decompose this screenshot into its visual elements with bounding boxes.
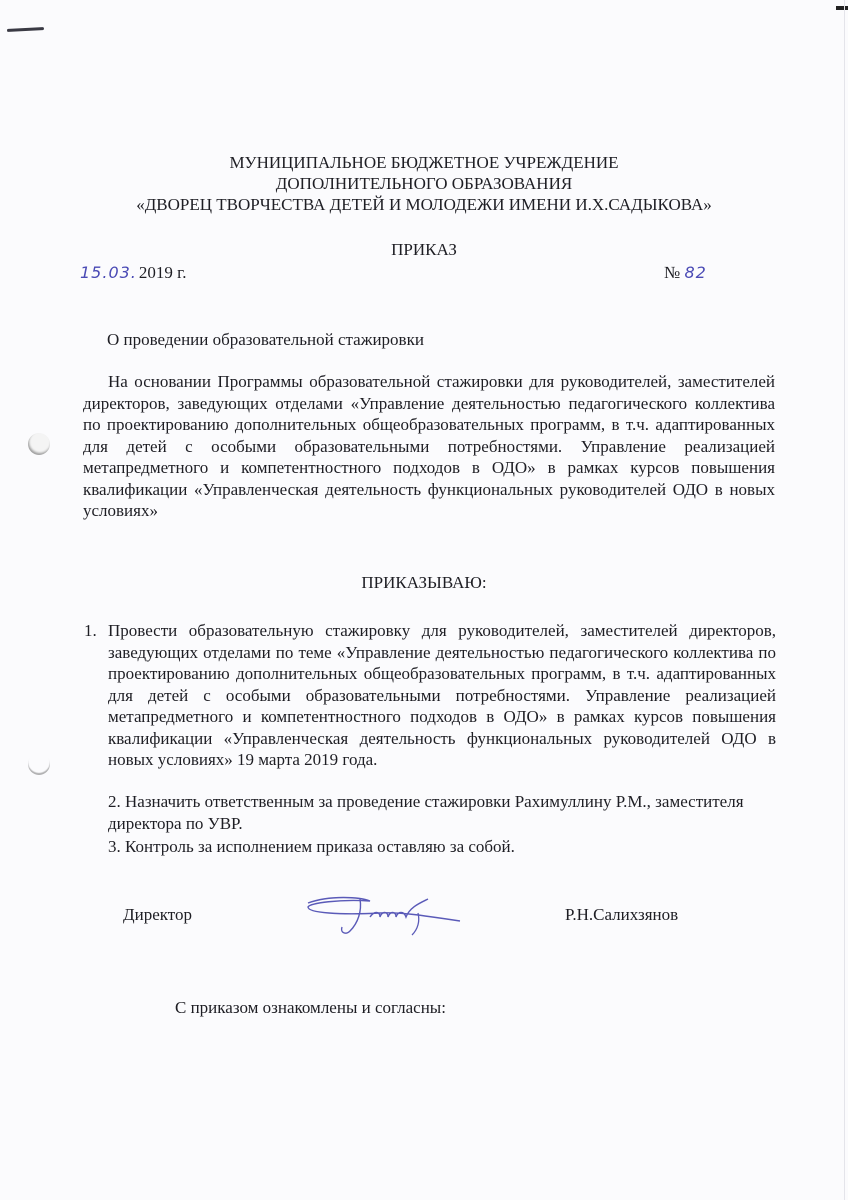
scan-mark-right (836, 6, 848, 10)
scan-mark (7, 27, 44, 32)
handwritten-number: 82 (684, 263, 706, 282)
order-item-3: 3. Контроль за исполнением приказа остав… (108, 836, 788, 858)
number-sign: № (664, 263, 680, 282)
acknowledgement-line: С приказом ознакомлены и согласны: (175, 998, 446, 1018)
header-line-3: «ДВОРЕЦ ТВОРЧЕСТВА ДЕТЕЙ И МОЛОДЕЖИ ИМЕН… (0, 194, 848, 215)
preamble-paragraph: На основании Программы образовательной с… (83, 371, 775, 522)
order-number: № 82 (664, 263, 707, 283)
punch-hole-icon (28, 433, 50, 455)
header-line-2: ДОПОЛНИТЕЛЬНОГО ОБРАЗОВАНИЯ (0, 173, 848, 194)
printed-year: 2019 г. (139, 263, 187, 282)
item-text: Провести образовательную стажировку для … (108, 620, 776, 771)
signature-icon (300, 893, 480, 937)
punch-hole-icon (28, 753, 50, 775)
item-number: 1. (84, 620, 97, 642)
date-number-row: 15.03.2019 г. № 82 (80, 263, 730, 287)
header-line-1: МУНИЦИПАЛЬНОЕ БЮДЖЕТНОЕ УЧРЕЖДЕНИЕ (0, 152, 848, 173)
institution-header: МУНИЦИПАЛЬНОЕ БЮДЖЕТНОЕ УЧРЕЖДЕНИЕ ДОПОЛ… (0, 152, 848, 215)
signatory-name: Р.Н.Салихзянов (565, 905, 678, 925)
order-subject: О проведении образовательной стажировки (107, 330, 424, 350)
order-item-2: 2. Назначить ответственным за проведение… (108, 791, 788, 834)
handwritten-date: 15.03. (80, 263, 137, 282)
order-heading: ПРИКАЗЫВАЮ: (0, 573, 848, 593)
order-item-1: 1. Провести образовательную стажировку д… (84, 620, 776, 771)
signatory-position: Директор (123, 905, 192, 925)
document-title: ПРИКАЗ (0, 240, 848, 260)
document-page: МУНИЦИПАЛЬНОЕ БЮДЖЕТНОЕ УЧРЕЖДЕНИЕ ДОПОЛ… (0, 0, 848, 1200)
